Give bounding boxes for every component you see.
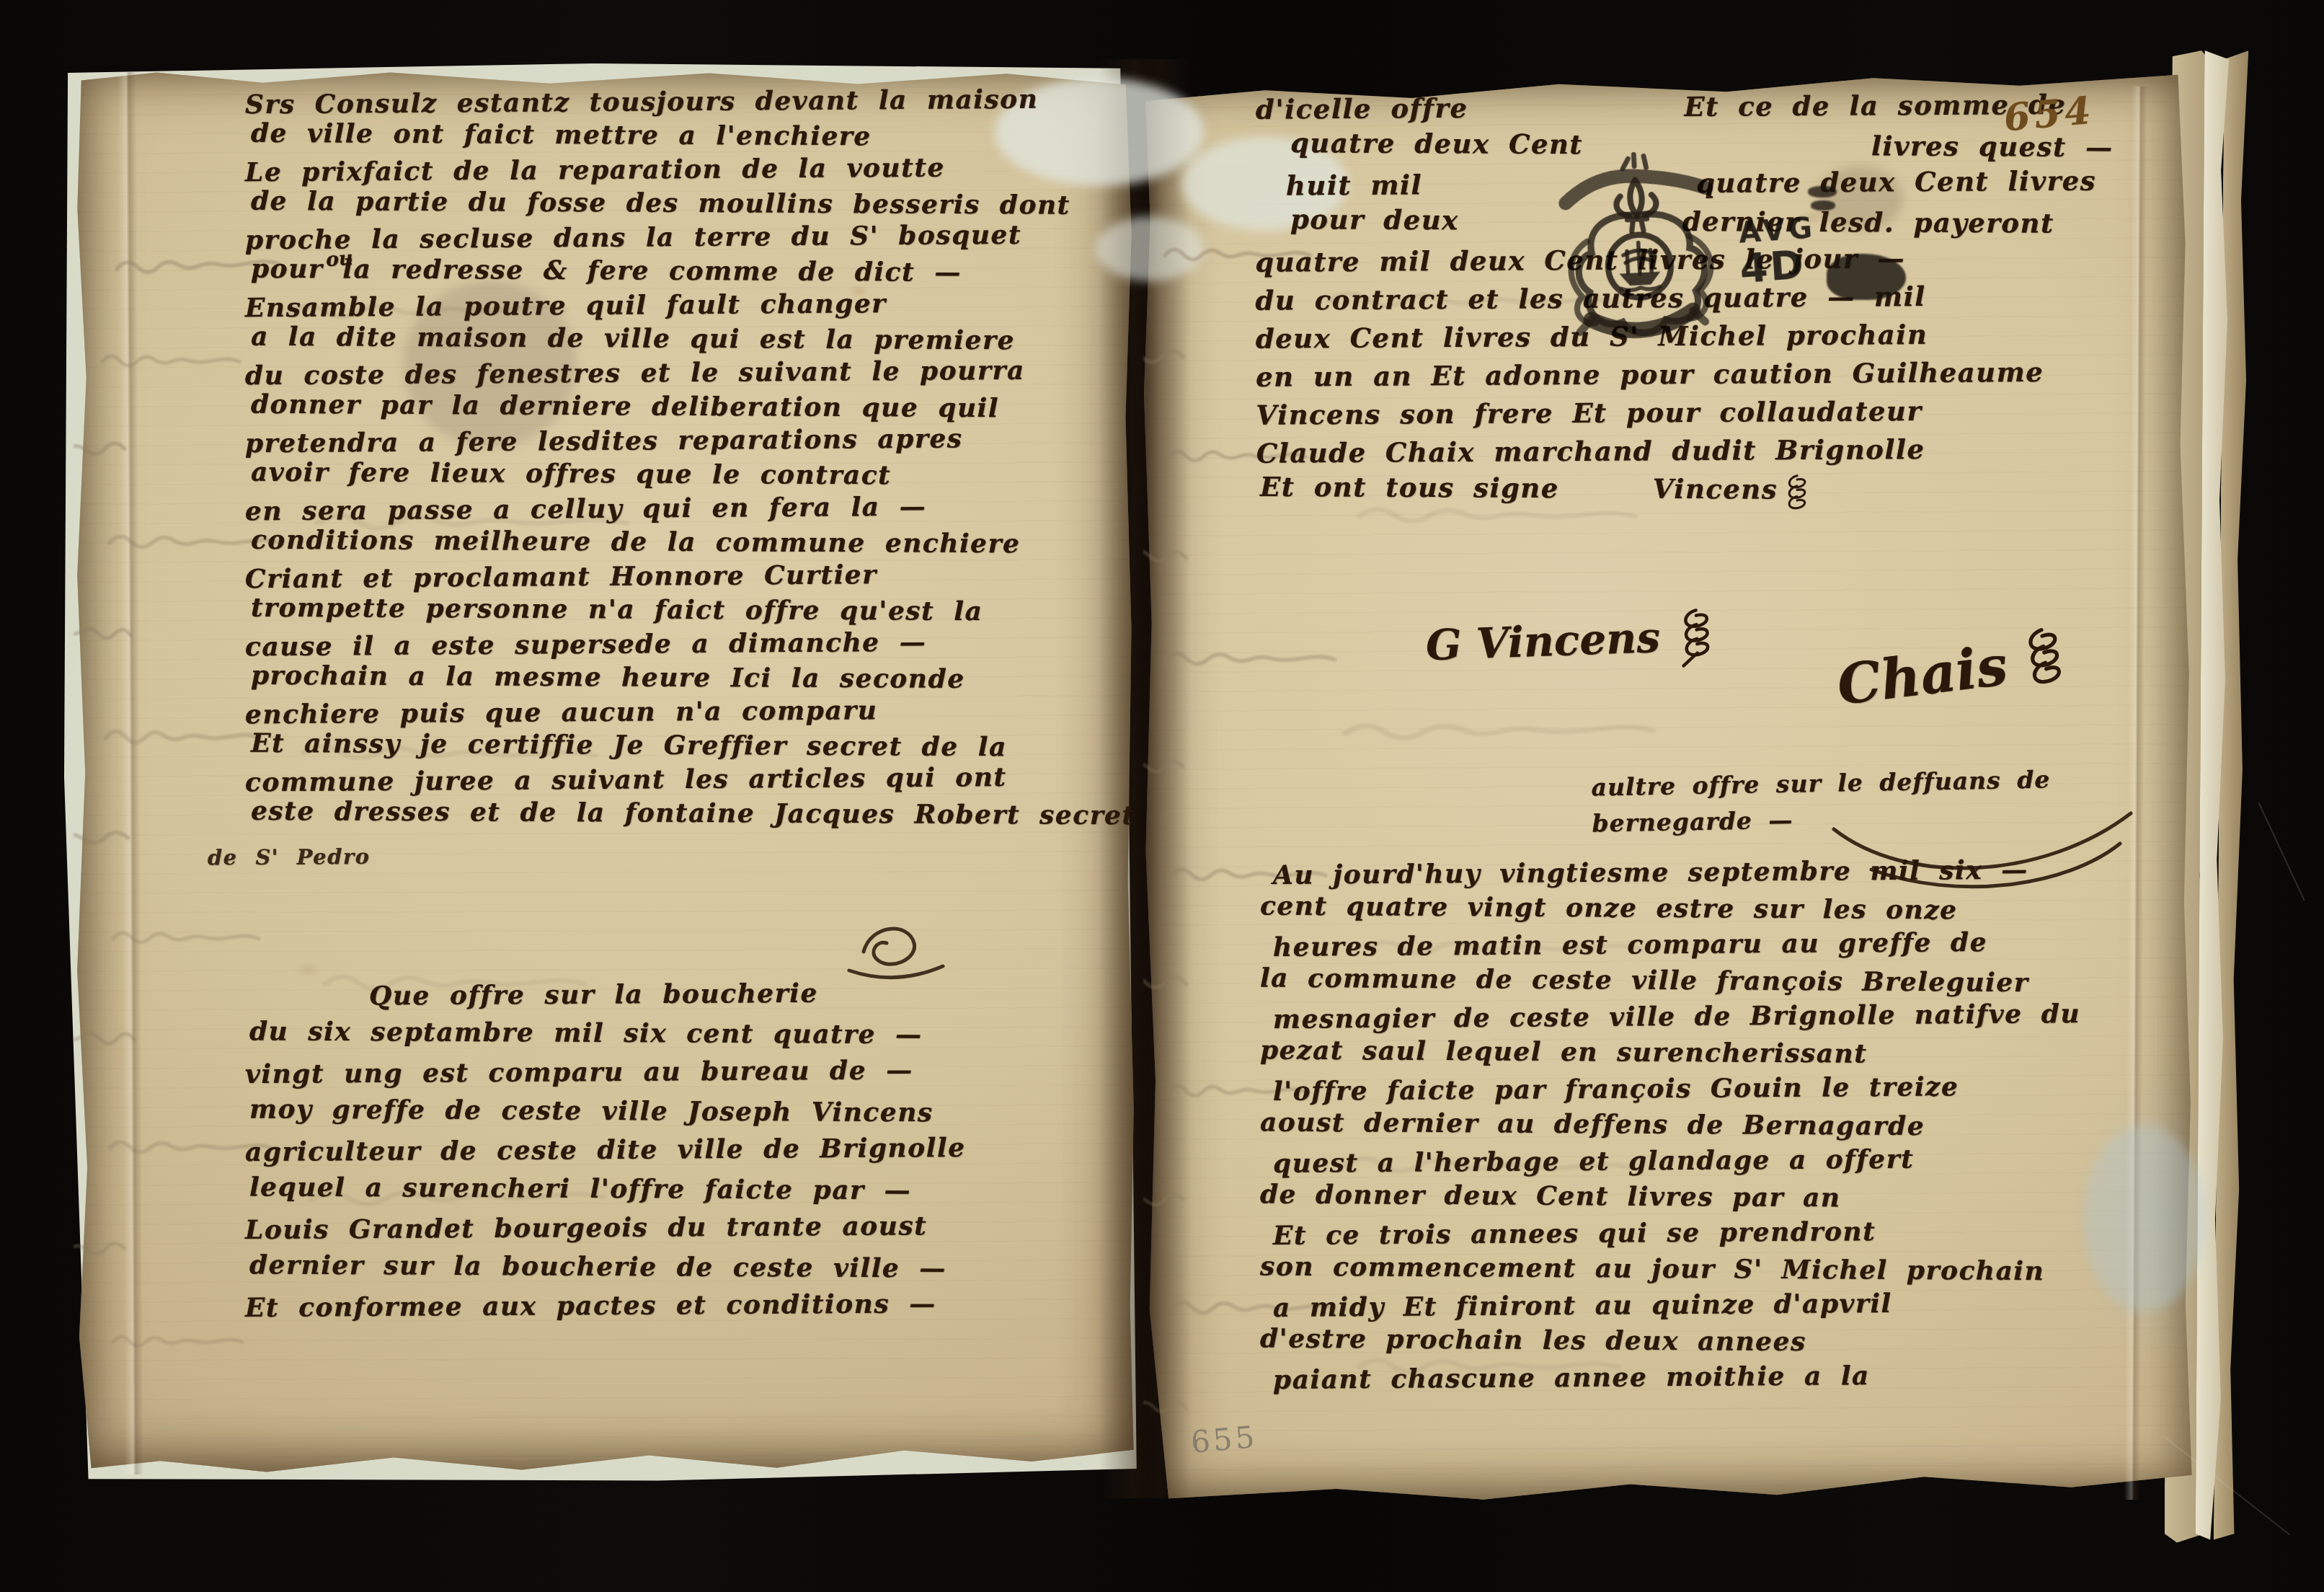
scratch-mark bbox=[2258, 802, 2305, 901]
stamp-text-denomination: 4D bbox=[1739, 244, 1820, 289]
handwritten-line: Srs Consulz estantz tousjours devant la … bbox=[245, 82, 1135, 123]
interlinear-insertion: ou bbox=[325, 247, 354, 272]
handwritten-line: Claude Chaix marchand dudit Brignolle bbox=[1256, 429, 2114, 472]
handwritten-line: pezat saul lequel en surencherissant bbox=[1260, 1032, 2080, 1074]
handwritten-line: en sera passe a celluy qui en fera la — bbox=[245, 489, 1135, 529]
handwritten-line: commune juree a suivant les articles qui… bbox=[245, 760, 1135, 800]
handwritten-line: de S' Pedro bbox=[208, 835, 1135, 875]
handwritten-line: cent quatre vingt onze estre sur les onz… bbox=[1260, 888, 2080, 929]
manuscript-photo: Srs Consulz estantz tousjours devant la … bbox=[0, 0, 2324, 1592]
handwritten-line: moy greffe de ceste ville Joseph Vincens bbox=[249, 1089, 966, 1132]
line-fragment: d'icelle offre bbox=[1256, 89, 1468, 129]
handwritten-text-block: Au jourd'huy vingtiesme septembre mil si… bbox=[1260, 854, 2080, 1395]
signature-vincens: G Vincens bbox=[1425, 602, 1725, 678]
handwritten-line: la commune de ceste ville françois Brele… bbox=[1260, 960, 2080, 1001]
handwritten-line: prochain a la mesme heure Ici la seconde bbox=[251, 659, 1135, 697]
handwritten-line: de la partie du fosse des moullins besse… bbox=[251, 185, 1135, 223]
handwritten-line: a la dite maison de ville qui est la pre… bbox=[251, 320, 1135, 358]
signature-text: Chais bbox=[1834, 632, 2011, 717]
handwritten-line: mesnagier de ceste ville de Brignolle na… bbox=[1273, 996, 2080, 1038]
handwritten-line: proche la secluse dans la terre du S' bo… bbox=[245, 218, 1135, 258]
handwritten-line: Et conformee aux pactes et conditions — bbox=[245, 1284, 966, 1327]
section-flourish-icon bbox=[842, 914, 950, 994]
handwritten-line: aoust dernier au deffens de Bernagarde bbox=[1260, 1105, 2080, 1146]
handwritten-text-block: Que offre sur la boucheriedu six septamb… bbox=[245, 975, 965, 1325]
handwritten-line: lequel a surencheri l'offre faicte par — bbox=[249, 1167, 966, 1210]
line-fragment: huit mil bbox=[1286, 166, 1422, 205]
tax-stamp-icon bbox=[1535, 136, 1744, 384]
stamp-smudge bbox=[1827, 254, 1906, 300]
stamp-smudge bbox=[1811, 200, 1835, 211]
handwritten-line: conditions meilheure de la commune enchi… bbox=[251, 523, 1135, 562]
handwritten-line: de donner deux Cent livres par an bbox=[1260, 1177, 2080, 1218]
handwritten-line: pour la redresse & fere comme de dict — bbox=[251, 252, 1135, 291]
handwritten-line: paiant chascune annee moithie a la bbox=[1273, 1356, 2080, 1398]
line-fragment: pour deux bbox=[1290, 200, 1459, 239]
handwritten-line: Ensamble la poutre quil fault changer bbox=[245, 286, 1135, 326]
handwritten-line: d'icelle offreEt ce de la somme de bbox=[1256, 85, 2114, 128]
signature-text: G Vincens bbox=[1425, 613, 1661, 670]
line-fragment: Vincens bbox=[1653, 470, 1778, 518]
handwritten-line: Vincens son frere Et pour collaudateur bbox=[1256, 391, 2114, 434]
page-number-pencil: 655 bbox=[1189, 1419, 1259, 1460]
signature-paraph-icon bbox=[1669, 602, 1724, 671]
handwritten-line: donner par la derniere deliberation que … bbox=[251, 388, 1135, 426]
handwritten-line: du coste des fenestres et le suivant le … bbox=[245, 353, 1135, 394]
handwritten-line: agriculteur de ceste dite ville de Brign… bbox=[245, 1128, 966, 1172]
handwritten-line: Criant et proclamant Honnore Curtier bbox=[245, 557, 1135, 597]
handwritten-line: enchiere puis que aucun n'a comparu bbox=[245, 692, 1135, 733]
handwritten-line: Et ont tous signeVincens bbox=[1260, 468, 2114, 520]
handwritten-line: quest a l'herbage et glandage a offert bbox=[1273, 1140, 2080, 1182]
signature-paraph-icon bbox=[2010, 619, 2080, 701]
line-fragment: Et ont tous signe bbox=[1260, 468, 1559, 517]
handwritten-line: l'offre faicte par françois Gouin le tre… bbox=[1273, 1068, 2080, 1110]
handwritten-line: de ville ont faict mettre a l'enchiere bbox=[251, 117, 1135, 155]
handwritten-line: d'estre prochain les deux annees bbox=[1260, 1321, 2080, 1362]
handwritten-line: a midy Et finiront au quinze d'apvril bbox=[1273, 1284, 2080, 1326]
handwritten-line: vingt ung est comparu au bureau de — bbox=[245, 1051, 966, 1094]
tax-stamp-letters: AVG 4D bbox=[1738, 213, 1820, 289]
signature-paraph-icon bbox=[1778, 471, 1817, 518]
line-fragment: quatre deux Cent livres bbox=[1696, 162, 2096, 203]
handwritten-line: trompette personne n'a faict offre qu'es… bbox=[251, 591, 1135, 629]
entry-heading: aultre offre sur le deffuans debernegard… bbox=[1591, 761, 2051, 841]
handwritten-line: son commencement au jour S' Michel proch… bbox=[1260, 1249, 2080, 1290]
handwritten-line: este dresses et de la fontaine Jacques R… bbox=[251, 795, 1135, 833]
page-number-ink: 654 bbox=[2003, 89, 2097, 141]
handwritten-line: Et ce trois annees qui se prendront bbox=[1273, 1212, 2080, 1254]
handwritten-line: heures de matin est comparu au greffe de bbox=[1273, 924, 2080, 965]
handwritten-line: Louis Grandet bourgeois du trante aoust bbox=[245, 1206, 966, 1250]
handwritten-line: pretendra a fere lesdites reparations ap… bbox=[245, 421, 1135, 461]
handwritten-line: avoir fere lieux offres que le contract bbox=[251, 456, 1135, 494]
handwritten-line: Et ainssy je certiffie Je Greffier secre… bbox=[251, 727, 1135, 765]
handwritten-line: Le prixfaict de la reparation de la vout… bbox=[245, 150, 1135, 190]
handwritten-line: du six septambre mil six cent quatre — bbox=[249, 1012, 966, 1054]
stamp-smudge bbox=[1808, 186, 1837, 198]
handwritten-line: dernier sur la boucherie de ceste ville … bbox=[249, 1245, 966, 1288]
handwritten-line: Au jourd'huy vingtiesme septembre mil si… bbox=[1273, 852, 2080, 893]
handwritten-line: cause il a este supersede a dimanche — bbox=[245, 624, 1135, 665]
handwritten-text-block: Srs Consulz estantz tousjours devant la … bbox=[245, 85, 1135, 872]
